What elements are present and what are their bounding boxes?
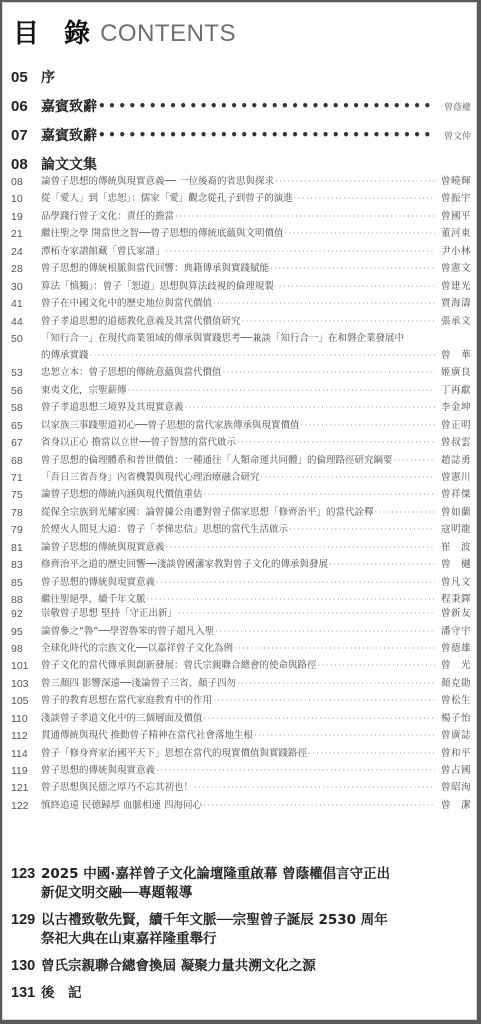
entry-line: 「知行合一」在現代商業領域的傳承與實踐思考──兼談「知行合一」在和磐企業發展中 <box>41 332 471 346</box>
entry-title: 省身以正心 擔當以立世──曾子智慧的當代啟示 <box>41 436 236 450</box>
entry-line: 曾子思想與民德之厚乃不忘其初也！························… <box>41 781 471 795</box>
entry-body: 「吾日三省吾身」內省機製與現代心理治療融合研究·················… <box>41 471 471 485</box>
toc-essay-entry[interactable]: 83修齊治平之道的歷史回響──淺談曾國藩家教對曾子文化的傳承與發展·······… <box>11 558 471 572</box>
page-number: 41 <box>11 297 41 311</box>
page-number: 78 <box>11 506 41 520</box>
entry-author: 崔 波 <box>439 541 471 555</box>
entry-author: 曾凡文 <box>439 576 471 590</box>
dot-leader: ········································… <box>308 747 435 761</box>
entry-title: 東夷文化，宗聖薪傳 <box>41 384 127 398</box>
entry-title: 曾子思想的傳統根脈與當代回響：典籍傳承與實踐賦能 <box>41 262 269 276</box>
toc-essay-entry[interactable]: 67省身以正心 擔當以立世──曾子智慧的當代啟示················… <box>11 436 471 450</box>
toc-major-entry[interactable]: 08論文文集 <box>11 154 471 174</box>
dot-leader: ········································… <box>294 192 435 206</box>
entry-line: 繼往聖之學 開當世之智──曾子思想的傳統底蘊與文明價值·············… <box>41 227 471 241</box>
entry-line: 新促文明交融──專題報導 <box>41 884 390 903</box>
contents-page: 目 錄 CONTENTS 05序06嘉賓致辭••••••••••••••••••… <box>2 2 477 1020</box>
toc-essay-entry[interactable]: 88繼往聖絕學，續千年文脈···························… <box>11 593 471 607</box>
entry-title: 「吾日三省吾身」內省機製與現代心理治療融合研究 <box>41 471 260 485</box>
entry-title: 算法「慎獨」：曾子「恕道」思想與算法歧視的倫理規製 <box>41 280 274 294</box>
toc-essay-entry[interactable]: 110淺談曾子孝道文化中的三個層面及價值····················… <box>11 712 471 726</box>
entry-body: 繼往聖之學 開當世之智──曾子思想的傳統底蘊與文明價值·············… <box>41 227 471 241</box>
dot-leader: ········································… <box>166 245 435 259</box>
toc-essay-entry[interactable]: 81論曾子思想的傳統與現實意義·························… <box>11 541 471 555</box>
page-number: 10 <box>11 192 41 206</box>
entry-line: 潭柘寺家譜館藏「曾氏家譜」···························… <box>41 245 471 259</box>
page-number: 21 <box>11 227 41 241</box>
dot-leader: ········································… <box>213 694 435 708</box>
entry-body: 曾子思想的傳統與現實意義····························… <box>41 764 471 778</box>
toc-essay-entry[interactable]: 21繼往聖之學 開當世之智──曾子思想的傳統底蘊與文明價值···········… <box>11 227 471 241</box>
page-number: 121 <box>11 781 41 795</box>
entry-body: 曾三顏四 影響深遠──淺論曾子三省、顏子四勿··················… <box>41 677 471 691</box>
dot-leader: ········································… <box>275 280 435 294</box>
page-number: 95 <box>11 625 41 639</box>
entry-body: 曾子思想的倫理體系和普世價值：一種通往「人類命運共同體」的倫理路徑研究綱要···… <box>41 454 471 468</box>
entry-line: 的傳承實踐···································… <box>41 349 471 363</box>
entry-author: 曾昭洵 <box>439 781 471 795</box>
dot-leader: ········································… <box>318 659 435 673</box>
entry-body: 潭柘寺家譜館藏「曾氏家譜」···························… <box>41 245 471 259</box>
entry-author: 李金坤 <box>439 401 471 415</box>
toc-closing-entry[interactable]: 1232025 中國·嘉祥曾子文化論壇隆重啟幕 曾蔭權倡言守正出新促文明交融──… <box>11 865 471 903</box>
dot-leader: ········································… <box>156 764 435 778</box>
entry-body: 曾子思想與民德之厚乃不忘其初也！························… <box>41 781 471 795</box>
entry-title: 2025 中國·嘉祥曾子文化論壇隆重啟幕 曾蔭權倡言守正出新促文明交融──專題報… <box>41 865 390 903</box>
dot-leader: ········································… <box>185 401 435 415</box>
toc-essay-entry[interactable]: 112貫通傳統與現代 推動曾子精神在當代社會落地生根··············… <box>11 729 471 743</box>
dot-leader: ••••••••••••••••••••••••••••••••••••••••… <box>98 99 435 113</box>
dot-leader: ········································… <box>204 488 435 502</box>
toc-essay-entry[interactable]: 92崇敬曾子思想 堅持「守正出新」·······················… <box>11 607 471 621</box>
toc-closing-entry[interactable]: 131後 記 <box>11 984 471 1003</box>
entry-line: 曾子思想的傳統根脈與當代回響：典籍傳承與實踐賦能················… <box>41 262 471 276</box>
entry-title: 修齊治平之道的歷史回響──淺談曾國藩家教對曾子文化的傳承與發展 <box>41 558 328 572</box>
entry-title: 曾子在中國文化中的歷史地位與當代價值 <box>41 297 212 311</box>
entry-line: 東夷文化，宗聖薪傳·······························… <box>41 384 471 398</box>
toc-essay-entry[interactable]: 79於煙火人間見大道：曾子「孝悌忠信」思想的當代生活啟示············… <box>11 523 471 537</box>
page-number: 92 <box>11 607 41 621</box>
entry-title: 繼往聖之學 開當世之智──曾子思想的傳統底蘊與文明價值 <box>41 227 283 241</box>
entry-body: 曾子的教育思想在當代家庭教育中的作用······················… <box>41 694 471 708</box>
entry-body: 品學踐行曾子文化：責任的擔當··························… <box>41 210 471 224</box>
toc-essay-entry[interactable]: 24潭柘寺家譜館藏「曾氏家譜」·························… <box>11 245 471 259</box>
page-number: 07 <box>11 127 41 144</box>
toc-essay-entry[interactable]: 75論曾子思想的傳統內涵與現代價值重估·····················… <box>11 488 471 502</box>
page-number: 08 <box>11 175 41 189</box>
title-en: CONTENTS <box>100 19 236 49</box>
entry-title: 曾子思想的傳統與現實意義 <box>41 576 155 590</box>
entry-title: 繼往聖絕學，續千年文脈 <box>41 593 146 607</box>
entry-title: 忠恕立本：曾子思想的傳統意蘊與當代價值 <box>41 366 222 380</box>
closing-sections: 1232025 中國·嘉祥曾子文化論壇隆重啟幕 曾蔭權倡言守正出新促文明交融──… <box>11 865 471 1011</box>
entry-body: 曾子孝道思想三境界及其現實意義·························… <box>41 401 471 415</box>
entry-line: 曾氏宗親聯合總會換屆 凝聚力量共溯文化之源 <box>41 957 316 976</box>
entry-body: 曾子思想的傳統與現實意義····························… <box>41 576 471 590</box>
entry-line: 曾子孝道思想的道德教化意義及其當代價值研究···················… <box>41 315 471 329</box>
entry-body: 論曾子思想的傳統與現實意義── 一位後裔的省思與探求··············… <box>41 175 471 189</box>
entry-line: 曾子孝道思想三境界及其現實意義·························… <box>41 401 471 415</box>
toc-essay-entry[interactable]: 103曾三顏四 影響深遠──淺論曾子三省、顏子四勿···············… <box>11 677 471 691</box>
entry-line: 品學踐行曾子文化：責任的擔當··························… <box>41 210 471 224</box>
page-number: 68 <box>11 454 41 468</box>
entry-body: 以家族三事踐聖道初心──曾子思想的當代家族傳承與現實價值············… <box>41 419 471 433</box>
essay-list: 08論曾子思想的傳統與現實意義── 一位後裔的省思與探求············… <box>11 175 471 816</box>
page-number: 110 <box>11 712 41 726</box>
page-title: 目 錄 CONTENTS <box>13 15 236 49</box>
entry-line: 忠恕立本：曾子思想的傳統意蘊與當代價值·····················… <box>41 366 471 380</box>
entry-author: 曾 潔 <box>439 799 471 813</box>
entry-line: 後 記 <box>41 984 82 1003</box>
entry-title: 潭柘寺家譜館藏「曾氏家譜」 <box>41 245 165 259</box>
toc-essay-entry[interactable]: 65以家族三事踐聖道初心──曾子思想的當代家族傳承與現實價值··········… <box>11 419 471 433</box>
entry-author: 賈海濤 <box>439 297 471 311</box>
entry-title: 以家族三事踐聖道初心──曾子思想的當代家族傳承與現實價值 <box>41 419 299 433</box>
page-number: 129 <box>11 911 41 930</box>
page-number: 53 <box>11 366 41 380</box>
dot-leader: ········································… <box>175 210 435 224</box>
toc-essay-entry[interactable]: 53忠恕立本：曾子思想的傳統意蘊與當代價值···················… <box>11 366 471 380</box>
entry-body: 全球化時代的宗族文化──以嘉祥曾子文化為例···················… <box>41 642 471 656</box>
page-number: 81 <box>11 541 41 555</box>
entry-author: 楊子怡 <box>439 712 471 726</box>
dot-leader: ········································… <box>300 419 435 433</box>
page-number: 50 <box>11 332 41 346</box>
page-number: 06 <box>11 98 41 115</box>
entry-title: 嘉賓致辭 <box>41 96 97 116</box>
page-number: 24 <box>11 245 41 259</box>
entry-line: 省身以正心 擔當以立世──曾子智慧的當代啟示··················… <box>41 436 471 450</box>
entry-author: 寇明龍 <box>439 523 471 537</box>
dot-leader: ········································… <box>234 642 435 656</box>
entry-author: 姬廣良 <box>439 366 471 380</box>
entry-title: 從保全宗族到光耀家國：論曾據公南遷對曾子儒家思想「修齊治平」的當代詮釋 <box>41 506 374 520</box>
entry-body: 曾子孝道思想的道德教化意義及其當代價值研究···················… <box>41 315 471 329</box>
entry-title: 論曾參之“魯”──學習魯笨的曾子超凡入聖 <box>41 625 214 639</box>
toc-essay-entry[interactable]: 101曾子文化的當代傳承與創新發展：曾氏宗親聯合總會的使命與路徑········… <box>11 659 471 673</box>
dot-leader: ········································… <box>394 454 435 468</box>
dot-leader: ········································… <box>261 471 435 485</box>
page-number: 114 <box>11 747 41 761</box>
entry-line: 從保全宗族到光耀家國：論曾據公南遷對曾子儒家思想「修齊治平」的當代詮釋·····… <box>41 506 471 520</box>
entry-author: 曾祥傑 <box>439 488 471 502</box>
toc-essay-entry[interactable]: 30算法「慎獨」：曾子「恕道」思想與算法歧視的倫理規製·············… <box>11 280 471 294</box>
dot-leader: ········································… <box>128 384 435 398</box>
entry-line: 修齊治平之道的歷史回響──淺談曾國藩家教對曾子文化的傳承與發展·········… <box>41 558 471 572</box>
toc-major-entry[interactable]: 06嘉賓致辭••••••••••••••••••••••••••••••••••… <box>11 96 471 116</box>
page-number: 30 <box>11 280 41 294</box>
entry-body: 貫通傳統與現代 推動曾子精神在當代社會落地生根·················… <box>41 729 471 743</box>
page-number: 08 <box>11 156 41 173</box>
entry-title: 的傳承實踐 <box>41 349 89 363</box>
dot-leader: ••••••••••••••••••••••••••••••••••••••••… <box>98 128 435 142</box>
toc-essay-entry[interactable]: 10從「愛人」到「忠恕」：儒家「愛」觀念從孔子到曾子的演進···········… <box>11 192 471 206</box>
entry-author: 丁再獻 <box>439 384 471 398</box>
entry-line: 以家族三事踐聖道初心──曾子思想的當代家族傳承與現實價值············… <box>41 419 471 433</box>
entry-author: 曾 華 <box>439 349 471 363</box>
entry-title: 曾氏宗親聯合總會換屆 凝聚力量共溯文化之源 <box>41 957 316 976</box>
entry-title: 曾子「修身齊家治國平天下」思想在當代的現實價值與實踐路徑 <box>41 747 307 761</box>
entry-author: 曾 光 <box>439 659 471 673</box>
toc-essay-entry[interactable]: 41曾子在中國文化中的歷史地位與當代價值····················… <box>11 297 471 311</box>
entry-title: 論文文集 <box>41 154 97 174</box>
entry-body: 忠恕立本：曾子思想的傳統意蘊與當代價值·····················… <box>41 366 471 380</box>
entry-line: 崇敬曾子思想 堅持「守正出新」·························… <box>41 607 471 621</box>
entry-line: 於煙火人間見大道：曾子「孝悌忠信」思想的當代生活啟示··············… <box>41 523 471 537</box>
page-number: 65 <box>11 419 41 433</box>
page-number: 83 <box>11 558 41 572</box>
entry-author: 曾占國 <box>439 764 471 778</box>
entry-body: 曾子在中國文化中的歷史地位與當代價值······················… <box>41 297 471 311</box>
page-number: 28 <box>11 262 41 276</box>
page-number: 103 <box>11 677 41 691</box>
entry-title: 曾子孝道思想的道德教化意義及其當代價值研究 <box>41 315 241 329</box>
toc-essay-entry[interactable]: 19品學踐行曾子文化：責任的擔當························… <box>11 210 471 224</box>
entry-author: 顏克勛 <box>439 677 471 691</box>
toc-essay-entry[interactable]: 56東夷文化，宗聖薪傳·····························… <box>11 384 471 398</box>
page-number: 19 <box>11 210 41 224</box>
page-number: 05 <box>11 69 41 86</box>
entry-title: 全球化時代的宗族文化──以嘉祥曾子文化為例 <box>41 642 233 656</box>
entry-line: 全球化時代的宗族文化──以嘉祥曾子文化為例···················… <box>41 642 471 656</box>
dot-leader: ········································… <box>237 436 435 450</box>
dot-leader: ········································… <box>242 315 435 329</box>
entry-line: 淺談曾子孝道文化中的三個層面及價值·······················… <box>41 712 471 726</box>
entry-title: 後 記 <box>41 984 82 1003</box>
entry-author: 曾曉輝 <box>439 175 471 189</box>
dot-leader: ········································… <box>254 729 435 743</box>
dot-leader: ········································… <box>223 366 435 380</box>
entry-title: 曾子思想與民德之厚乃不忘其初也！ <box>41 781 193 795</box>
entry-body: 省身以正心 擔當以立世──曾子智慧的當代啟示··················… <box>41 436 471 450</box>
entry-line: 曾子思想的倫理體系和普世價值：一種通往「人類命運共同體」的倫理路徑研究綱要···… <box>41 454 471 468</box>
entry-title: 論曾子思想的傳統與現實意義── 一位後裔的省思與探求 <box>41 175 274 189</box>
entry-author: 潘守宇 <box>439 625 471 639</box>
entry-author: 曾蔭權 <box>441 100 471 113</box>
page-number: 58 <box>11 401 41 415</box>
entry-author: 曾廣誌 <box>439 729 471 743</box>
entry-line: 曾三顏四 影響深遠──淺論曾子三省、顏子四勿··················… <box>41 677 471 691</box>
entry-body: 淺談曾子孝道文化中的三個層面及價值·······················… <box>41 712 471 726</box>
dot-leader: ········································… <box>90 349 435 363</box>
entry-author: 曾和平 <box>439 747 471 761</box>
entry-body: 論曾子思想的傳統與現實意義···························… <box>41 541 471 555</box>
entry-title: 論曾子思想的傳統內涵與現代價值重估 <box>41 488 203 502</box>
toc-major-entry[interactable]: 07嘉賓致辭••••••••••••••••••••••••••••••••••… <box>11 125 471 145</box>
entry-line: 曾子思想的傳統與現實意義····························… <box>41 764 471 778</box>
toc-major-entry[interactable]: 05序 <box>11 67 471 87</box>
entry-line: 慎終追遠 民德歸厚 血脈相連 四海同心·····················… <box>41 799 471 813</box>
entry-author: 曾憲川 <box>439 471 471 485</box>
entry-title: 論曾子思想的傳統與現實意義 <box>41 541 165 555</box>
entry-line: 貫通傳統與現代 推動曾子精神在當代社會落地生根·················… <box>41 729 471 743</box>
entry-title: 以古禮致敬先賢，續千年文脈──宗聖曾子誕辰 2530 周年祭祀大典在山東嘉祥隆重… <box>41 911 388 949</box>
page-number: 44 <box>11 315 41 329</box>
page-number: 67 <box>11 436 41 450</box>
entry-line: 曾子在中國文化中的歷史地位與當代價值······················… <box>41 297 471 311</box>
page-number: 85 <box>11 576 41 590</box>
entry-line: 曾子的教育思想在當代家庭教育中的作用······················… <box>41 694 471 708</box>
entry-author: 曾國平 <box>439 210 471 224</box>
entry-title: 貫通傳統與現代 推動曾子精神在當代社會落地生根 <box>41 729 253 743</box>
toc-essay-entry[interactable]: 98全球化時代的宗族文化──以嘉祥曾子文化為例·················… <box>11 642 471 656</box>
page-number: 122 <box>11 799 41 813</box>
entry-line: 曾子「修身齊家治國平天下」思想在當代的現實價值與實踐路徑············… <box>41 747 471 761</box>
toc-essay-entry[interactable]: 28曾子思想的傳統根脈與當代回響：典籍傳承與實踐賦能··············… <box>11 262 471 276</box>
dot-leader: ········································… <box>194 781 435 795</box>
entry-line: 從「愛人」到「忠恕」：儒家「愛」觀念從孔子到曾子的演進·············… <box>41 192 471 206</box>
toc-essay-entry[interactable]: 95論曾參之“魯”──學習魯笨的曾子超凡入聖··················… <box>11 625 471 639</box>
dot-leader: ········································… <box>289 523 435 537</box>
toc-essay-entry[interactable]: 71「吾日三省吾身」內省機製與現代心理治療融合研究···············… <box>11 471 471 485</box>
dot-leader: ········································… <box>329 558 435 572</box>
entry-line: 以古禮致敬先賢，續千年文脈──宗聖曾子誕辰 2530 周年 <box>41 911 388 930</box>
entry-author: 曾 樾 <box>439 558 471 572</box>
entry-body: 繼往聖絕學，續千年文脈·····························… <box>41 593 471 607</box>
entry-author: 曾新友 <box>439 607 471 621</box>
entry-author: 曾振宇 <box>439 192 471 206</box>
entry-title: 曾子的教育思想在當代家庭教育中的作用 <box>41 694 212 708</box>
page-number: 101 <box>11 659 41 673</box>
entry-title: 「知行合一」在現代商業領域的傳承與實踐思考──兼談「知行合一」在和磐企業發展中 <box>41 332 404 346</box>
entry-author: 董河東 <box>439 227 471 241</box>
toc-essay-entry[interactable]: 08論曾子思想的傳統與現實意義── 一位後裔的省思與探求············… <box>11 175 471 189</box>
entry-title: 於煙火人間見大道：曾子「孝悌忠信」思想的當代生活啟示 <box>41 523 288 537</box>
entry-author: 曾松生 <box>439 694 471 708</box>
entry-author: 曾德雄 <box>439 642 471 656</box>
entry-body: 從「愛人」到「忠恕」：儒家「愛」觀念從孔子到曾子的演進·············… <box>41 192 471 206</box>
dot-leader: ········································… <box>213 297 435 311</box>
entry-title: 慎終追遠 民德歸厚 血脈相連 四海同心 <box>41 799 202 813</box>
entry-title: 曾三顏四 影響深遠──淺論曾子三省、顏子四勿 <box>41 677 236 691</box>
entry-line: 論曾子思想的傳統內涵與現代價值重估·······················… <box>41 488 471 502</box>
entry-body: 東夷文化，宗聖薪傳·······························… <box>41 384 471 398</box>
entry-author: 曾正明 <box>439 419 471 433</box>
toc-essay-entry[interactable]: 121曾子思想與民德之厚乃不忘其初也！·····················… <box>11 781 471 795</box>
entry-author: 曾文仲 <box>441 129 471 142</box>
dot-leader: ········································… <box>275 175 435 189</box>
entry-author: 曾憲文 <box>439 262 471 276</box>
entry-title: 品學踐行曾子文化：責任的擔當 <box>41 210 174 224</box>
page-number: 130 <box>11 957 41 976</box>
toc-essay-entry[interactable]: 105曾子的教育思想在當代家庭教育中的作用···················… <box>11 694 471 708</box>
entry-body: 「知行合一」在現代商業領域的傳承與實踐思考──兼談「知行合一」在和磐企業發展中的… <box>41 332 471 363</box>
dot-leader: ········································… <box>166 541 435 555</box>
entry-body: 曾子「修身齊家治國平天下」思想在當代的現實價值與實踐路徑············… <box>41 747 471 761</box>
toc-essay-entry[interactable]: 44曾子孝道思想的道德教化意義及其當代價值研究·················… <box>11 315 471 329</box>
entry-line: 祭祀大典在山東嘉祥隆重舉行 <box>41 930 388 949</box>
toc-closing-entry[interactable]: 130曾氏宗親聯合總會換屆 凝聚力量共溯文化之源 <box>11 957 471 976</box>
entry-author: 張承文 <box>439 315 471 329</box>
entry-body: 曾子文化的當代傳承與創新發展：曾氏宗親聯合總會的使命與路徑···········… <box>41 659 471 673</box>
entry-body: 算法「慎獨」：曾子「恕道」思想與算法歧視的倫理規製···············… <box>41 280 471 294</box>
dot-leader: ········································… <box>375 506 435 520</box>
entry-author: 曾建光 <box>439 280 471 294</box>
toc-essay-entry[interactable]: 50「知行合一」在現代商業領域的傳承與實踐思考──兼談「知行合一」在和磐企業發展… <box>11 332 471 363</box>
entry-body: 論曾子思想的傳統內涵與現代價值重估·······················… <box>41 488 471 502</box>
entry-author: 曾如蘭 <box>439 506 471 520</box>
entry-body: 論曾參之“魯”──學習魯笨的曾子超凡入聖····················… <box>41 625 471 639</box>
page-number: 131 <box>11 984 41 1003</box>
entry-title: 曾子文化的當代傳承與創新發展：曾氏宗親聯合總會的使命與路徑 <box>41 659 317 673</box>
page-number: 56 <box>11 384 41 398</box>
dot-leader: ········································… <box>270 262 435 276</box>
page-number: 88 <box>11 593 41 607</box>
entry-title: 崇敬曾子思想 堅持「守正出新」 <box>41 607 177 621</box>
entry-line: 曾子思想的傳統與現實意義····························… <box>41 576 471 590</box>
dot-leader: ········································… <box>178 607 435 621</box>
entry-body: 慎終追遠 民德歸厚 血脈相連 四海同心·····················… <box>41 799 471 813</box>
dot-leader: ········································… <box>147 593 435 607</box>
entry-line: 曾子文化的當代傳承與創新發展：曾氏宗親聯合總會的使命與路徑···········… <box>41 659 471 673</box>
page-number: 105 <box>11 694 41 708</box>
page-number: 119 <box>11 764 41 778</box>
entry-author: 尹小林 <box>439 245 471 259</box>
dot-leader: ········································… <box>237 677 435 691</box>
dot-leader: ········································… <box>204 712 435 726</box>
entry-line: 繼往聖絕學，續千年文脈·····························… <box>41 593 471 607</box>
entry-title: 從「愛人」到「忠恕」：儒家「愛」觀念從孔子到曾子的演進 <box>41 192 293 206</box>
page-number: 71 <box>11 471 41 485</box>
page-number: 98 <box>11 642 41 656</box>
page-number: 123 <box>11 865 41 884</box>
toc-essay-entry[interactable]: 85曾子思想的傳統與現實意義··························… <box>11 576 471 590</box>
entry-line: 算法「慎獨」：曾子「恕道」思想與算法歧視的倫理規製···············… <box>41 280 471 294</box>
toc-closing-entry[interactable]: 129以古禮致敬先賢，續千年文脈──宗聖曾子誕辰 2530 周年祭祀大典在山東嘉… <box>11 911 471 949</box>
entry-body: 崇敬曾子思想 堅持「守正出新」·························… <box>41 607 471 621</box>
dot-leader: ········································… <box>215 625 435 639</box>
dot-leader: ········································… <box>156 576 435 590</box>
entry-body: 從保全宗族到光耀家國：論曾據公南遷對曾子儒家思想「修齊治平」的當代詮釋·····… <box>41 506 471 520</box>
entry-line: 「吾日三省吾身」內省機製與現代心理治療融合研究·················… <box>41 471 471 485</box>
entry-author: 曾叔雲 <box>439 436 471 450</box>
entry-line: 2025 中國·嘉祥曾子文化論壇隆重啟幕 曾蔭權倡言守正出 <box>41 865 390 884</box>
dot-leader: ········································… <box>203 799 435 813</box>
entry-body: 修齊治平之道的歷史回響──淺談曾國藩家教對曾子文化的傳承與發展·········… <box>41 558 471 572</box>
toc-essay-entry[interactable]: 119曾子思想的傳統與現實意義·························… <box>11 764 471 778</box>
entry-title: 嘉賓致辭 <box>41 125 97 145</box>
toc-essay-entry[interactable]: 68曾子思想的倫理體系和普世價值：一種通往「人類命運共同體」的倫理路徑研究綱要·… <box>11 454 471 468</box>
toc-essay-entry[interactable]: 58曾子孝道思想三境界及其現實意義·······················… <box>11 401 471 415</box>
entry-body: 曾子思想的傳統根脈與當代回響：典籍傳承與實踐賦能················… <box>41 262 471 276</box>
dot-leader: ········································… <box>284 227 435 241</box>
toc-essay-entry[interactable]: 122慎終追遠 民德歸厚 血脈相連 四海同心··················… <box>11 799 471 813</box>
entry-body: 於煙火人間見大道：曾子「孝悌忠信」思想的當代生活啟示··············… <box>41 523 471 537</box>
toc-essay-entry[interactable]: 114曾子「修身齊家治國平天下」思想在當代的現實價值與實踐路徑·········… <box>11 747 471 761</box>
entry-author: 程秉鐸 <box>439 593 471 607</box>
toc-essay-entry[interactable]: 78從保全宗族到光耀家國：論曾據公南遷對曾子儒家思想「修齊治平」的當代詮釋···… <box>11 506 471 520</box>
entry-line: 論曾子思想的傳統與現實意義···························… <box>41 541 471 555</box>
entry-title: 曾子思想的倫理體系和普世價值：一種通往「人類命運共同體」的倫理路徑研究綱要 <box>41 454 393 468</box>
title-cjk: 目 錄 <box>13 19 98 49</box>
page-number: 79 <box>11 523 41 537</box>
page-number: 75 <box>11 488 41 502</box>
page-number: 112 <box>11 729 41 743</box>
entry-line: 論曾子思想的傳統與現實意義── 一位後裔的省思與探求··············… <box>41 175 471 189</box>
entry-author: 趙誌勇 <box>439 454 471 468</box>
entry-line: 論曾參之“魯”──學習魯笨的曾子超凡入聖····················… <box>41 625 471 639</box>
entry-title: 序 <box>41 67 55 87</box>
entry-title: 曾子孝道思想三境界及其現實意義 <box>41 401 184 415</box>
entry-title: 淺談曾子孝道文化中的三個層面及價值 <box>41 712 203 726</box>
entry-title: 曾子思想的傳統與現實意義 <box>41 764 155 778</box>
